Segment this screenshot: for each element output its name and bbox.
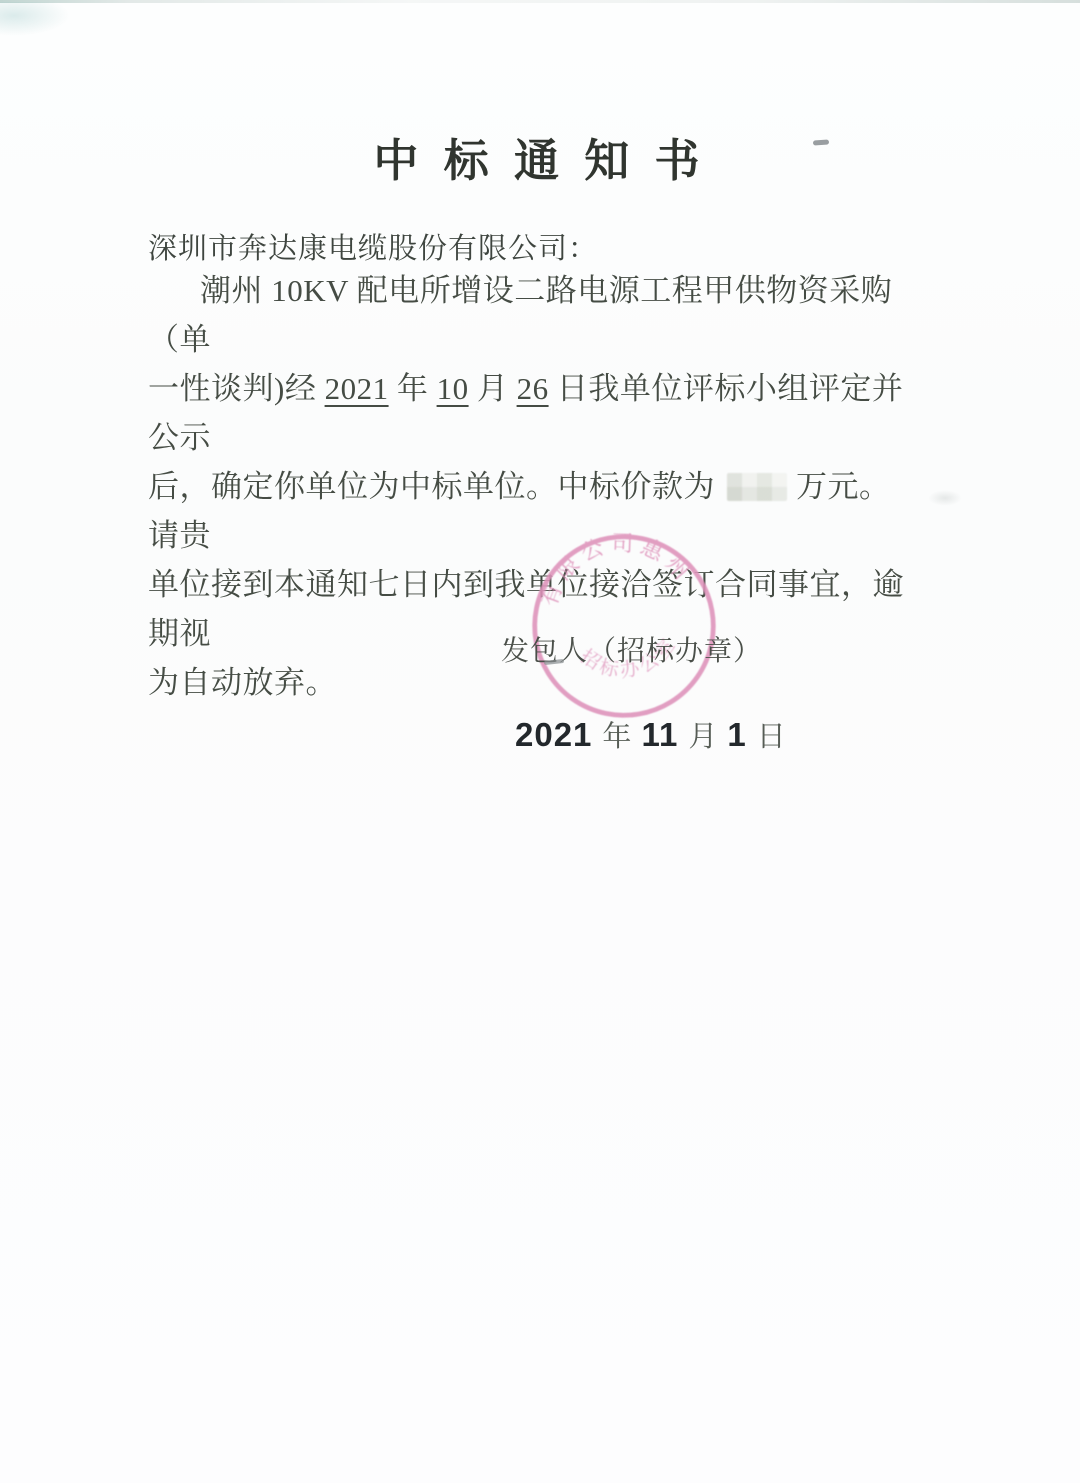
date-day: 1 bbox=[727, 716, 746, 753]
official-stamp: 有限公司惠州 招标办公室 bbox=[513, 515, 735, 737]
date-year-unit: 年 bbox=[602, 721, 631, 753]
scanned-notice-page: 中 标 通 知 书 深圳市奔达康电缆股份有限公司： 潮州 10KV 配电所增设二… bbox=[0, 0, 1080, 1483]
scan-artifact-smudge bbox=[928, 490, 962, 506]
date-day-unit: 日 bbox=[757, 721, 786, 753]
notice-title: 中 标 通 知 书 bbox=[0, 124, 1080, 189]
award-month: 10 bbox=[437, 371, 469, 406]
issuer-line: 发包人（招标办章） bbox=[501, 629, 762, 669]
award-year: 2021 bbox=[325, 371, 389, 406]
scan-edge-artifact bbox=[0, 0, 1080, 3]
date-month-unit: 月 bbox=[688, 721, 717, 753]
date-month: 11 bbox=[641, 716, 678, 753]
award-day-unit: 日 bbox=[549, 371, 589, 406]
award-month-unit: 月 bbox=[469, 371, 517, 406]
addressee-line: 深圳市奔达康电缆股份有限公司： bbox=[148, 226, 598, 267]
date-year: 2021 bbox=[515, 716, 592, 753]
body-line-2-pre: 一性谈判)经 bbox=[148, 371, 325, 406]
award-year-unit: 年 bbox=[389, 371, 437, 406]
body-line-1: 潮州 10KV 配电所增设二路电源工程甲供物资采购（单 bbox=[148, 266, 918, 364]
signature-date: 2021年11月1日 bbox=[515, 714, 796, 755]
scan-corner-smudge bbox=[0, 2, 70, 36]
body-line-2: 一性谈判)经 2021 年 10 月 26 日我单位评标小组评定并公示 bbox=[148, 364, 918, 462]
redacted-amount-block bbox=[727, 473, 787, 501]
body-line-3-pre: 后，确定你单位为中标单位。中标价款为 bbox=[148, 469, 715, 504]
award-day: 26 bbox=[517, 371, 549, 406]
